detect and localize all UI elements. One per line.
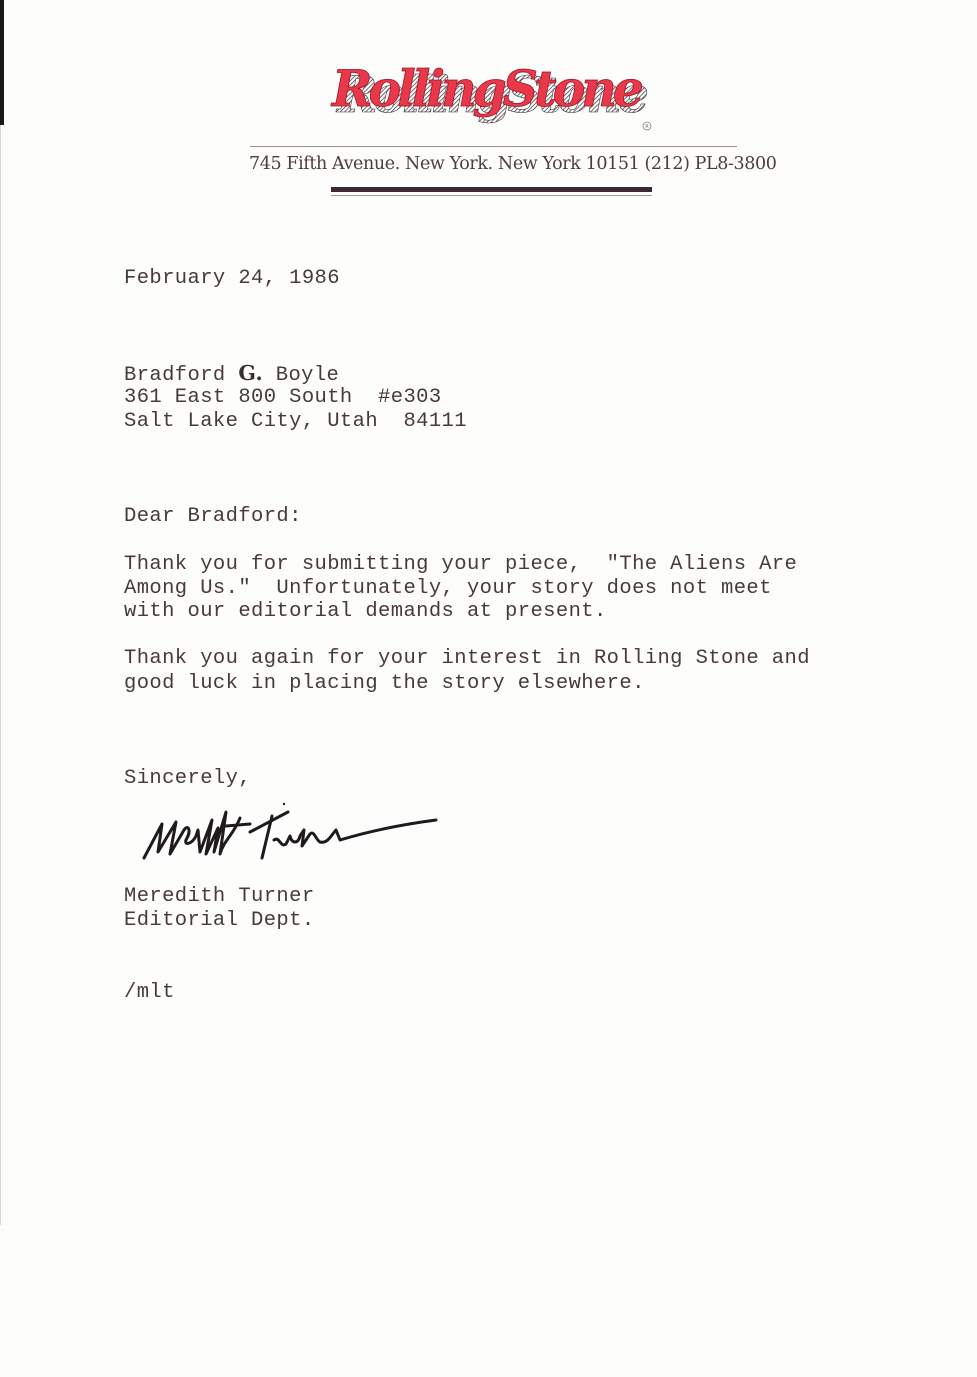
letterhead-rule-thick	[331, 187, 652, 192]
reference-initials: /mlt	[124, 981, 175, 1005]
paragraph-line: Thank you again for your interest in Rol…	[124, 647, 810, 671]
scan-edge-shadow	[0, 0, 4, 125]
letterhead-rule-bottom	[331, 195, 652, 196]
recipient-city: Salt Lake City, Utah 84111	[124, 410, 467, 434]
signer-name: Meredith Turner	[124, 885, 315, 909]
rolling-stone-logo: RollingStone RollingStone R	[330, 58, 655, 138]
recipient-last-name: Boyle	[276, 364, 340, 387]
svg-text:R: R	[645, 124, 649, 130]
recipient-first-name: Bradford	[124, 364, 226, 387]
letterhead-rule-top	[250, 146, 737, 147]
paragraph-line: with our editorial demands at present.	[124, 600, 607, 624]
letter-date: February 24, 1986	[124, 267, 340, 291]
handwritten-signature-icon	[140, 800, 440, 870]
scan-edge-line	[0, 125, 1, 1225]
letterhead-address: 745 Fifth Avenue. New York. New York 101…	[249, 154, 739, 174]
signer-department: Editorial Dept.	[124, 909, 315, 933]
paragraph-line: good luck in placing the story elsewhere…	[124, 672, 645, 696]
closing: Sincerely,	[124, 767, 251, 791]
salutation: Dear Bradford:	[124, 505, 302, 529]
recipient-name: Bradford G. Boyle	[124, 362, 339, 388]
svg-text:RollingStone: RollingStone	[330, 59, 642, 118]
paragraph-line: Thank you for submitting your piece, "Th…	[124, 553, 797, 577]
recipient-middle-initial: G.	[238, 361, 263, 385]
recipient-street: 361 East 800 South #e303	[124, 386, 442, 410]
paragraph-line: Among Us." Unfortunately, your story doe…	[124, 577, 772, 601]
